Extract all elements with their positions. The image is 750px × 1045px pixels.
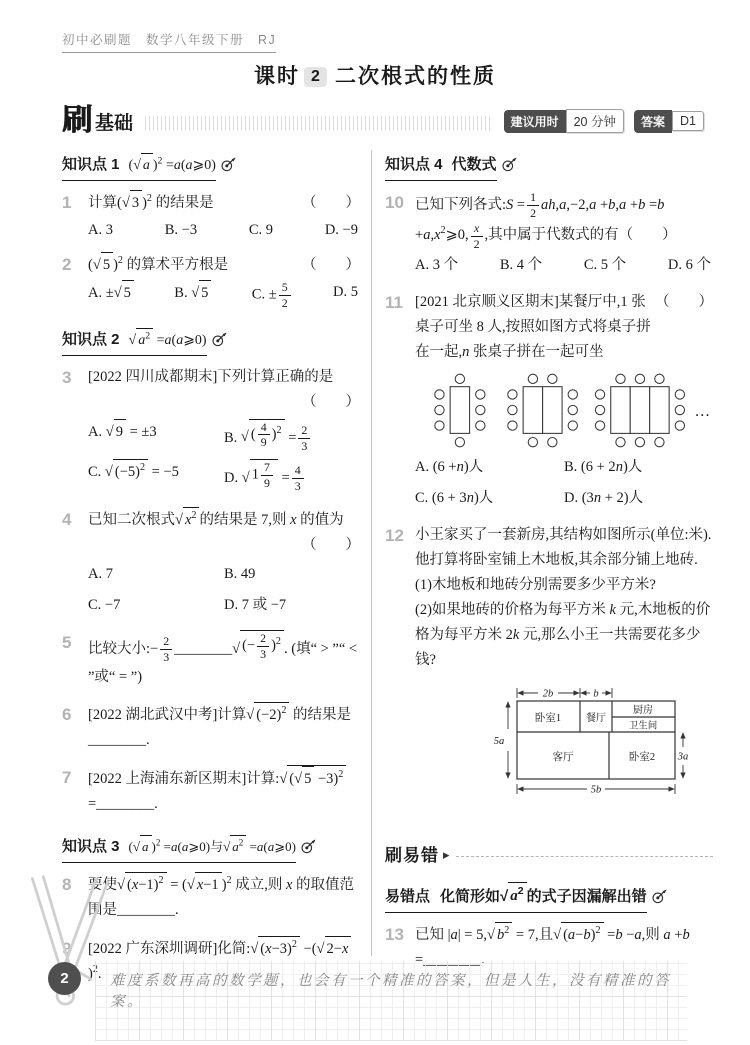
question-number: 12 bbox=[385, 523, 415, 799]
knowledge-point-2: 知识点 2√a2 =a(a⩾0) bbox=[62, 327, 360, 356]
option-c: C. ±52 bbox=[252, 280, 293, 311]
option-a: A. ±√5 bbox=[88, 280, 134, 311]
dim-2b: 2b bbox=[543, 688, 554, 699]
question-1: 1 计算(√3)2 的结果是（ ） A. 3 B. −3 C. 9 D. −9 bbox=[62, 190, 360, 243]
book-header: 初中必刷题 数学八年级下册 RJ bbox=[62, 30, 276, 53]
knowledge-point-3: 知识点 3(√a)2 =a(a⩾0)与√a2 =a(a⩾0) bbox=[62, 834, 360, 863]
kp3-formula: (√a)2 =a(a⩾0)与√a2 =a(a⩾0) bbox=[129, 839, 296, 854]
answer-paren: （ ） bbox=[655, 290, 713, 315]
option-b: B. 49 bbox=[224, 562, 360, 587]
target-icon bbox=[221, 156, 236, 181]
error-section-header: 刷易错 ▸ bbox=[385, 841, 713, 870]
table-group-2 bbox=[508, 374, 578, 447]
kp1-formula: (√a)2 =a(a⩾0) bbox=[129, 158, 216, 173]
question-6: 6 [2022 湖北武汉中考]计算√(−2)2 的结果是________. bbox=[62, 702, 360, 753]
target-icon bbox=[301, 838, 316, 863]
right-column: 知识点 4代数式 10 已知下列各式:S =12ah,a,−2,a +b,a +… bbox=[385, 148, 713, 973]
question-7: 7 [2022 上海浦东新区期末]计算:√(√5 −3)2 =________. bbox=[62, 765, 360, 817]
lesson-name: 二次根式的性质 bbox=[335, 65, 496, 88]
question-number: 10 bbox=[385, 190, 415, 278]
question-text: 小王家买了一套新房,其结构如图所示(单位:米). 他打算将卧室铺上木地板,其余部… bbox=[415, 523, 713, 573]
footer-quote: 难度系数再高的数学题，也会有一个精准的答案，但是人生，没有精准的答案。 bbox=[110, 969, 680, 1011]
option-b: B. −3 bbox=[165, 218, 197, 243]
lesson-number-box: 2 bbox=[304, 67, 327, 87]
option-d: D. −9 bbox=[325, 218, 358, 243]
error-section-title: 刷易错 bbox=[385, 841, 439, 870]
question-text: 计算(√3)2 的结果是 bbox=[88, 190, 214, 216]
triangle-icon: ▸ bbox=[443, 844, 450, 866]
section-name: 基础 bbox=[95, 108, 133, 135]
ellipsis: … bbox=[694, 403, 710, 420]
option-a: A. 3 bbox=[88, 218, 113, 243]
brush-logo-char: 刷 bbox=[62, 106, 92, 136]
knowledge-point-1: 知识点 1(√a)2 =a(a⩾0) bbox=[62, 152, 360, 181]
page-number: 2 bbox=[48, 962, 81, 995]
error-point-text: 化简形如√a2的式子因漏解出错 bbox=[440, 888, 647, 905]
lesson-title-row: 课时2二次根式的性质 bbox=[0, 60, 750, 90]
question-number: 11 bbox=[385, 290, 415, 511]
question-part2: (2)如果地砖的价格为每平方米 k 元,木地板的价格为每平方米 2k 元,那么小… bbox=[415, 598, 713, 673]
options: A. ±√5 B. √5 C. ±52 D. 5 bbox=[88, 280, 360, 311]
question-12: 12 小王家买了一套新房,其结构如图所示(单位:米). 他打算将卧室铺上木地板,… bbox=[385, 523, 713, 799]
option-c: C. 5 个 bbox=[584, 253, 626, 278]
dim-5a: 5a bbox=[494, 736, 505, 747]
question-number: 4 bbox=[62, 507, 88, 618]
answer-page-value: D1 bbox=[672, 111, 704, 131]
room-bathroom: 卫生间 bbox=[629, 719, 658, 731]
kp2-formula: √a2 =a(a⩾0) bbox=[129, 333, 207, 348]
option-d: D. 5 bbox=[333, 280, 358, 311]
option-b: B. √5 bbox=[174, 280, 211, 311]
kp4-formula: 代数式 bbox=[452, 156, 497, 173]
question-number: 5 bbox=[62, 630, 88, 690]
options: A. √9 = ±3 B. √(49)2 =23 C. √(−5)2 = −5 … bbox=[88, 419, 360, 495]
question-text: 比较大小:−23________√(−23)2. (填“ > ”“ < ”或“ … bbox=[88, 641, 357, 685]
dim-3a: 3a bbox=[677, 751, 689, 762]
plan-dimension-lines bbox=[508, 688, 683, 794]
error-point-label: 易错点 bbox=[385, 888, 430, 905]
option-c: C. (6 + 3n)人 bbox=[415, 486, 564, 511]
question-2: 2 (√5)2 的算术平方根是（ ） A. ±√5 B. √5 C. ±52 D… bbox=[62, 252, 360, 311]
dim-5b: 5b bbox=[591, 784, 602, 795]
option-b: B. √(49)2 =23 bbox=[224, 419, 360, 454]
compass-decoration bbox=[14, 872, 124, 1028]
options: A. (6 +n)人 B. (6 + 2n)人 C. (6 + 3n)人 D. … bbox=[415, 455, 713, 511]
kp3-label: 知识点 3 bbox=[62, 838, 120, 855]
option-a: A. √9 = ±3 bbox=[88, 419, 224, 454]
question-number: 6 bbox=[62, 702, 88, 753]
target-icon bbox=[212, 331, 227, 356]
kp1-label: 知识点 1 bbox=[62, 156, 120, 173]
question-text: [2022 四川成都期末]下列计算正确的是 bbox=[88, 365, 360, 390]
answer-paren: （ ） bbox=[302, 253, 360, 278]
question-3: 3 [2022 四川成都期末]下列计算正确的是 （ ） A. √9 = ±3 B… bbox=[62, 365, 360, 495]
option-d: D. 7 或 −7 bbox=[224, 593, 360, 618]
room-dining: 餐厅 bbox=[586, 711, 606, 724]
lesson-label: 课时 bbox=[254, 65, 300, 88]
question-11: 11 [2021 北京顺义区期末]某餐厅中,1 张桌子可坐 8 人,按照如图方式… bbox=[385, 290, 713, 511]
dim-b: b bbox=[593, 688, 598, 699]
table-group-3 bbox=[595, 374, 684, 447]
option-d: D. (3n + 2)人 bbox=[564, 486, 713, 511]
suggested-time-badge: 建议用时 bbox=[504, 110, 566, 133]
stripes-decoration bbox=[145, 116, 492, 131]
kp4-label: 知识点 4 bbox=[385, 156, 443, 173]
column-divider bbox=[371, 150, 372, 956]
target-icon bbox=[502, 156, 517, 181]
question-part1: (1)木地板和地砖分别需要多少平方米? bbox=[415, 573, 713, 598]
target-icon bbox=[652, 888, 667, 913]
option-b: B. (6 + 2n)人 bbox=[564, 455, 713, 480]
question-text: (√5)2 的算术平方根是 bbox=[88, 252, 228, 278]
question-text: 已知二次根式√x2的结果是 7,则 x 的值为 bbox=[88, 507, 360, 533]
question-number: 1 bbox=[62, 190, 88, 243]
left-column: 知识点 1(√a)2 =a(a⩾0) 1 计算(√3)2 的结果是（ ） A. … bbox=[62, 148, 360, 987]
error-point-heading: 易错点化简形如√a2的式子因漏解出错 bbox=[385, 882, 713, 913]
option-b: B. 4 个 bbox=[500, 253, 542, 278]
floor-plan-diagram: 卧室1 餐厅 厨房 卫生间 客厅 卧室2 2b b 5a 3a 5b bbox=[487, 679, 707, 799]
room-living: 客厅 bbox=[553, 750, 574, 763]
option-a: A. (6 +n)人 bbox=[415, 455, 564, 480]
section-bar: 刷 基础 建议用时 20 分钟 答案 D1 bbox=[62, 103, 714, 139]
option-a: A. 7 bbox=[88, 562, 224, 587]
suggested-time-value: 20 分钟 bbox=[566, 109, 624, 133]
answer-paren: （ ） bbox=[302, 191, 360, 216]
room-kitchen: 厨房 bbox=[633, 703, 653, 716]
answer-paren: （ ） bbox=[88, 390, 360, 415]
question-text: 已知下列各式:S =12ah,a,−2,a +b,a +b =b +a,x2⩾0… bbox=[415, 190, 713, 251]
question-10: 10 已知下列各式:S =12ah,a,−2,a +b,a +b =b +a,x… bbox=[385, 190, 713, 278]
options: A. 3 个 B. 4 个 C. 5 个 D. 6 个 bbox=[415, 253, 713, 278]
question-4: 4 已知二次根式√x2的结果是 7,则 x 的值为 （ ） A. 7 B. 49… bbox=[62, 507, 360, 618]
knowledge-point-4: 知识点 4代数式 bbox=[385, 152, 713, 181]
question-number: 2 bbox=[62, 252, 88, 311]
answer-badge: 答案 bbox=[634, 110, 672, 133]
question-text: [2021 北京顺义区期末]某餐厅中,1 张桌子可坐 8 人,按照如图方式将桌子… bbox=[415, 290, 651, 365]
option-c: C. 9 bbox=[249, 218, 273, 243]
workbook-page: 初中必刷题 数学八年级下册 RJ 课时2二次根式的性质 刷 基础 建议用时 20… bbox=[0, 0, 750, 1045]
kp2-label: 知识点 2 bbox=[62, 331, 120, 348]
question-number: 7 bbox=[62, 765, 88, 817]
option-c: C. √(−5)2 = −5 bbox=[88, 459, 224, 494]
tables-diagram: … bbox=[419, 371, 711, 451]
question-text: [2022 上海浦东新区期末]计算:√(√5 −3)2 =________. bbox=[88, 771, 346, 812]
question-text: [2022 湖北武汉中考]计算√(−2)2 的结果是________. bbox=[88, 707, 351, 748]
question-5: 5 比较大小:−23________√(−23)2. (填“ > ”“ < ”或… bbox=[62, 630, 360, 690]
room-bedroom2: 卧室2 bbox=[629, 750, 655, 763]
dashed-rule bbox=[456, 856, 713, 857]
option-d: D. √179 =43 bbox=[224, 459, 360, 494]
option-a: A. 3 个 bbox=[415, 253, 458, 278]
options: A. 7 B. 49 C. −7 D. 7 或 −7 bbox=[88, 562, 360, 618]
answer-paren: （ ） bbox=[88, 533, 360, 558]
options: A. 3 B. −3 C. 9 D. −9 bbox=[88, 218, 360, 243]
option-d: D. 6 个 bbox=[668, 253, 711, 278]
question-number: 3 bbox=[62, 365, 88, 495]
question-text: 要使√(x−1)2 = (√x−1)2 成立,则 x 的取值范围是_______… bbox=[88, 877, 354, 918]
room-bedroom1: 卧室1 bbox=[535, 711, 561, 724]
table-group-1 bbox=[435, 374, 485, 447]
option-c: C. −7 bbox=[88, 593, 224, 618]
